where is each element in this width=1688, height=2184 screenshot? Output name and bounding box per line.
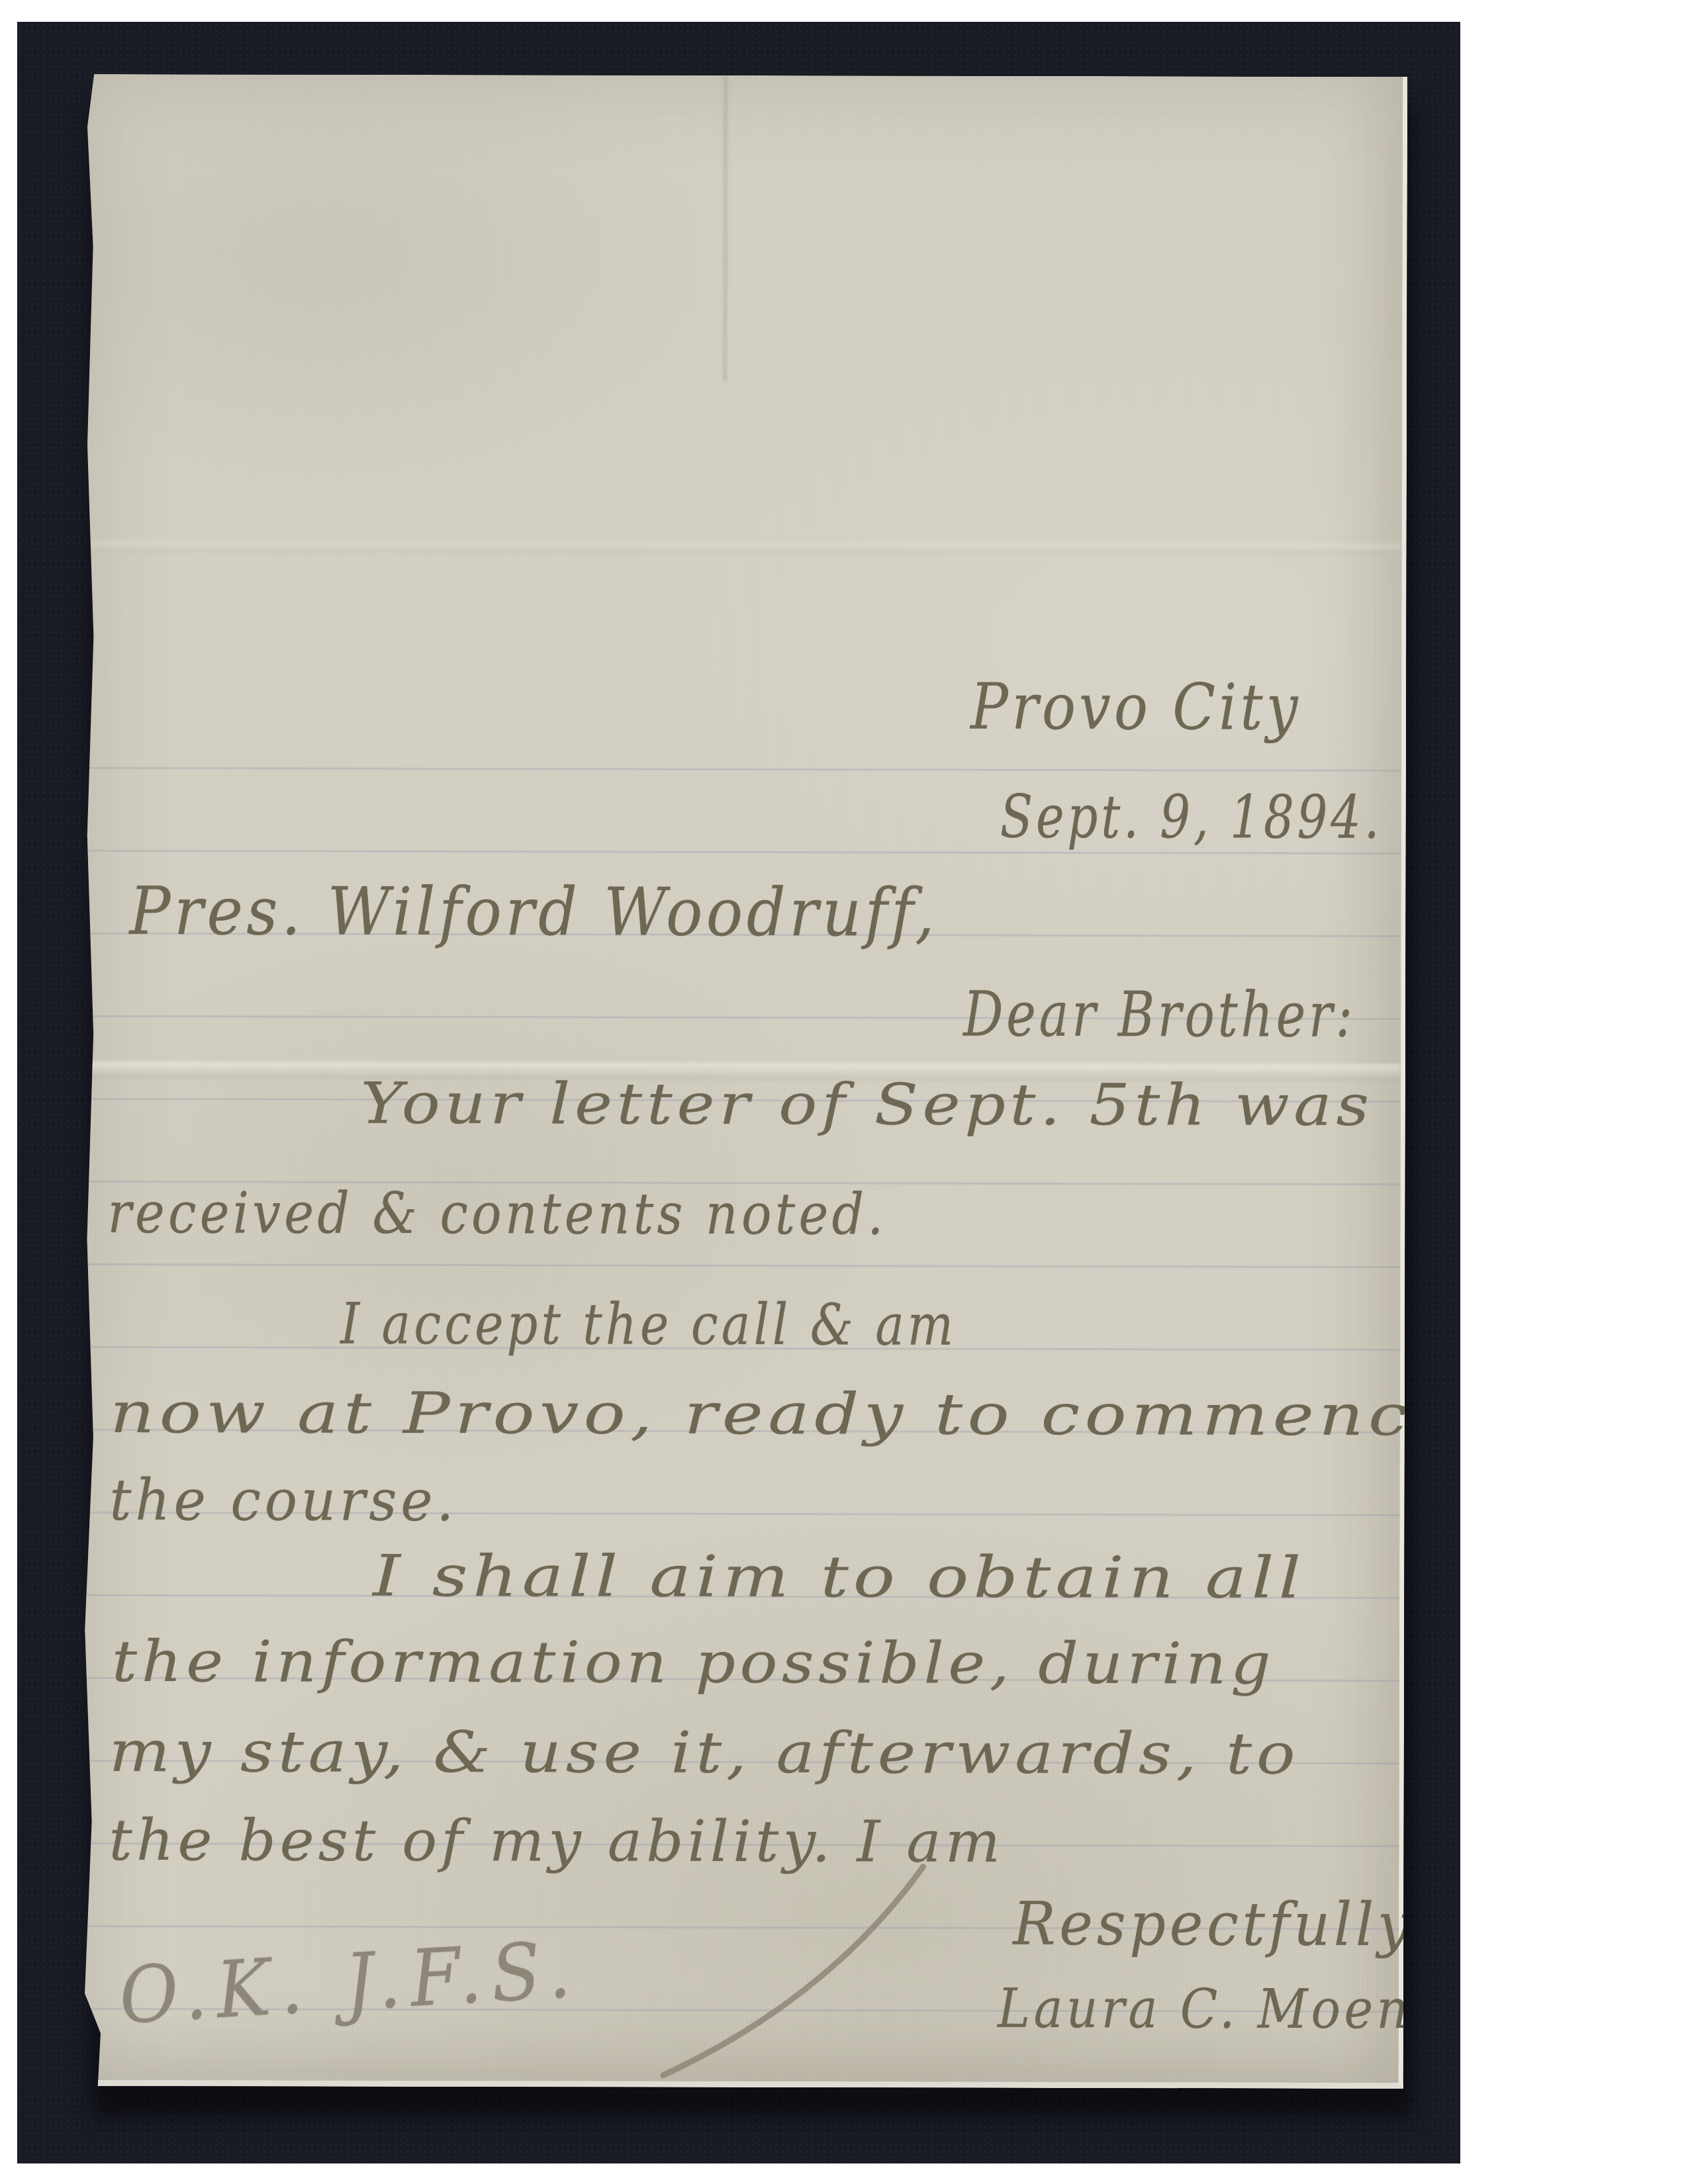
document-scan-page: Provo City Sept. 9, 1894. Pres. Wilford … xyxy=(0,0,1688,2184)
clerk-pencil-flourish-mark xyxy=(81,74,1407,2089)
letter-sheet: Provo City Sept. 9, 1894. Pres. Wilford … xyxy=(81,74,1407,2089)
